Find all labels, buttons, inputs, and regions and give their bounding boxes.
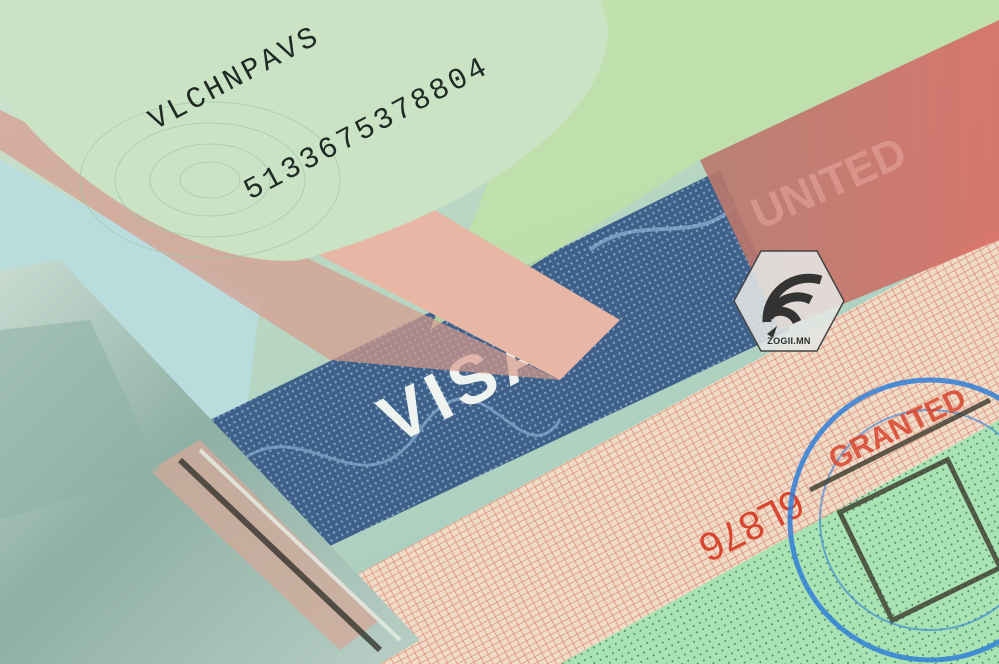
visa-photo: VISA UNITED VLCHNPAVS 5133675378804 6L87…	[0, 0, 999, 664]
watermark: ZOGII.MN	[733, 250, 845, 352]
photo-illustration: VISA UNITED VLCHNPAVS 5133675378804 6L87…	[0, 0, 999, 664]
watermark-label: ZOGII.MN	[733, 336, 845, 346]
